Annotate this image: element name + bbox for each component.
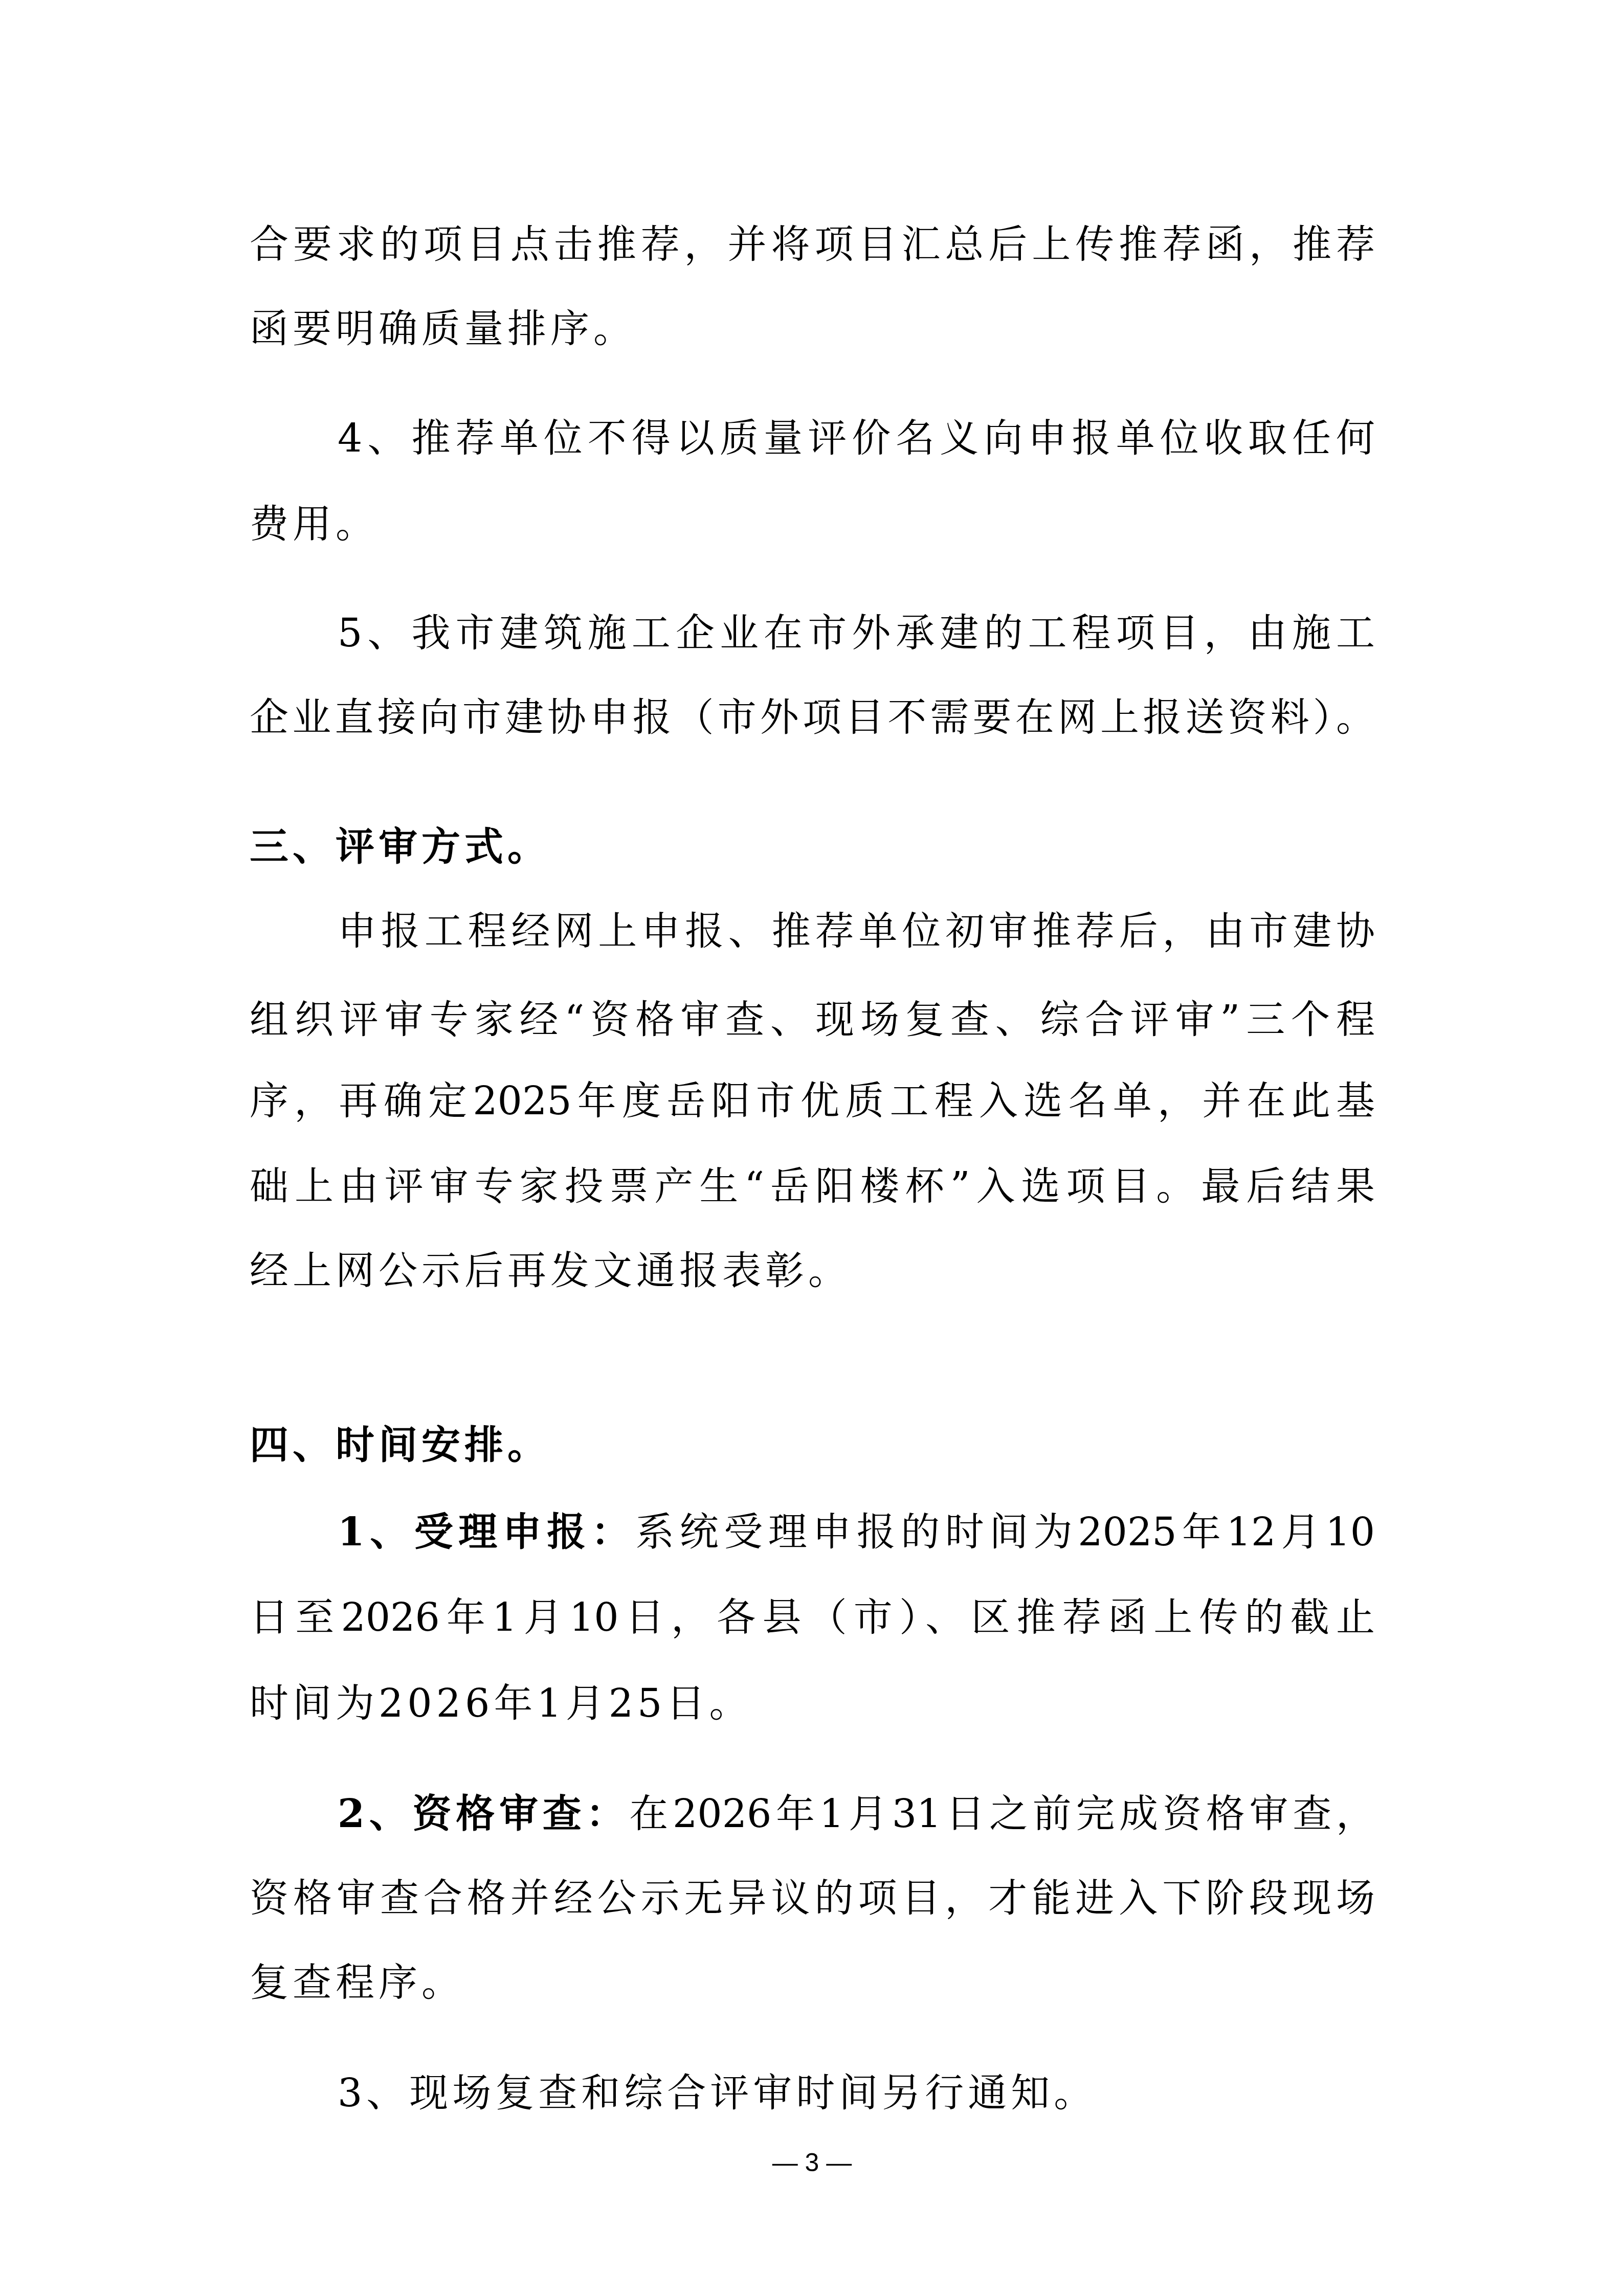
item-3-line: 3、现场复查和综合评审时间另行通知。 <box>338 2068 1375 2118</box>
item-2-first-line: 2、资格审查：在2026年1月31日之前完成资格审查， <box>338 1789 1375 1838</box>
item-2-label: 2、资格审查： <box>338 1791 629 1836</box>
item-1-first-line: 1、受理申报：系统受理申报的时间为2025年12月10 <box>338 1507 1375 1557</box>
section-3-line: 经上网公示后再发文通报表彰。 <box>250 1246 1375 1295</box>
section-3-line: 础上由评审专家投票产生“岳阳楼杯”入选项目。最后结果 <box>250 1162 1375 1211</box>
section-4-heading: 四、时间安排。 <box>250 1421 1375 1470</box>
section-3-heading: 三、评审方式。 <box>250 822 1375 871</box>
item-2-text: 在2026年1月31日之前完成资格审查， <box>629 1791 1375 1836</box>
item-2-line: 资格审查合格并经公示无异议的项目，才能进入下阶段现场 <box>250 1874 1375 1923</box>
section-3-line: 序，再确定2025年度岳阳市优质工程入选名单，并在此基 <box>250 1076 1375 1126</box>
section-3-line: 申报工程经网上申报、推荐单位初审推荐后，由市建协 <box>338 907 1375 956</box>
paragraph-line: 函要明确质量排序。 <box>250 304 1375 353</box>
item-1-line: 日至2026年1月10日，各县（市）、区推荐函上传的截止 <box>250 1593 1375 1642</box>
item-1-line: 时间为2026年1月25日。 <box>250 1679 1375 1728</box>
section-3-line: 组织评审专家经“资格审查、现场复查、综合评审”三个程 <box>250 995 1375 1044</box>
item-5-line: 5、我市建筑施工企业在市外承建的工程项目，由施工 <box>338 609 1375 658</box>
paragraph-line: 合要求的项目点击推荐，并将项目汇总后上传推荐函，推荐 <box>250 220 1375 269</box>
item-2-line: 复查程序。 <box>250 1958 1375 2007</box>
item-4-line: 费用。 <box>250 500 1375 549</box>
item-1-label: 1、受理申报： <box>338 1509 635 1555</box>
item-5-line: 企业直接向市建协申报（市外项目不需要在网上报送资料）。 <box>250 693 1375 742</box>
item-1-text: 系统受理申报的时间为2025年12月10 <box>635 1509 1375 1555</box>
document-page: 合要求的项目点击推荐，并将项目汇总后上传推荐函，推荐 函要明确质量排序。 4、推… <box>0 0 1624 2296</box>
page-number: — 3 — <box>0 2148 1624 2177</box>
item-4-line: 4、推荐单位不得以质量评价名义向申报单位收取任何 <box>338 414 1375 463</box>
